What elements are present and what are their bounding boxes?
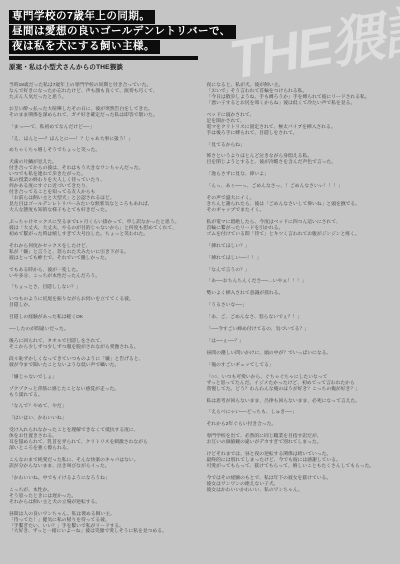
page-title-line-3: 夜は私を犬にする飼い主様。 [9, 40, 160, 54]
story-left-column: 当時18歳だった私は7歳年上の専門学校の同期と付き合っていた。 なんで好きになっ… [9, 83, 197, 535]
credit-line: 原案・私は小型犬さんからのTHE猥談 [9, 62, 400, 71]
story-right-column: 夜になると、私が犬。彼が飼い主。 「おいで」そう言われて首輪をつけられる私。 「… [207, 83, 395, 535]
title-row-2: 昼間は愛想の良いゴールデンレトリバーで、 [9, 25, 400, 40]
page-title-line-2: 昼間は愛想の良いゴールデンレトリバーで、 [9, 25, 236, 39]
page-header: 専門学校の7歳年上の同期。 昼間は愛想の良いゴールデンレトリバーで、 夜は私を犬… [0, 0, 400, 71]
divider-rule [9, 56, 198, 60]
page-title-line-1: 専門学校の7歳年上の同期。 [9, 10, 155, 24]
story-body: 当時18歳だった私は7歳年上の専門学校の同期と付き合っていた。 なんで好きになっ… [0, 83, 400, 535]
title-row-1: 専門学校の7歳年上の同期。 [9, 10, 400, 25]
title-row-3: 夜は私を犬にする飼い主様。 [9, 40, 400, 55]
story-page: THE猥談 専門学校の7歳年上の同期。 昼間は愛想の良いゴールデンレトリバーで、… [0, 0, 400, 564]
